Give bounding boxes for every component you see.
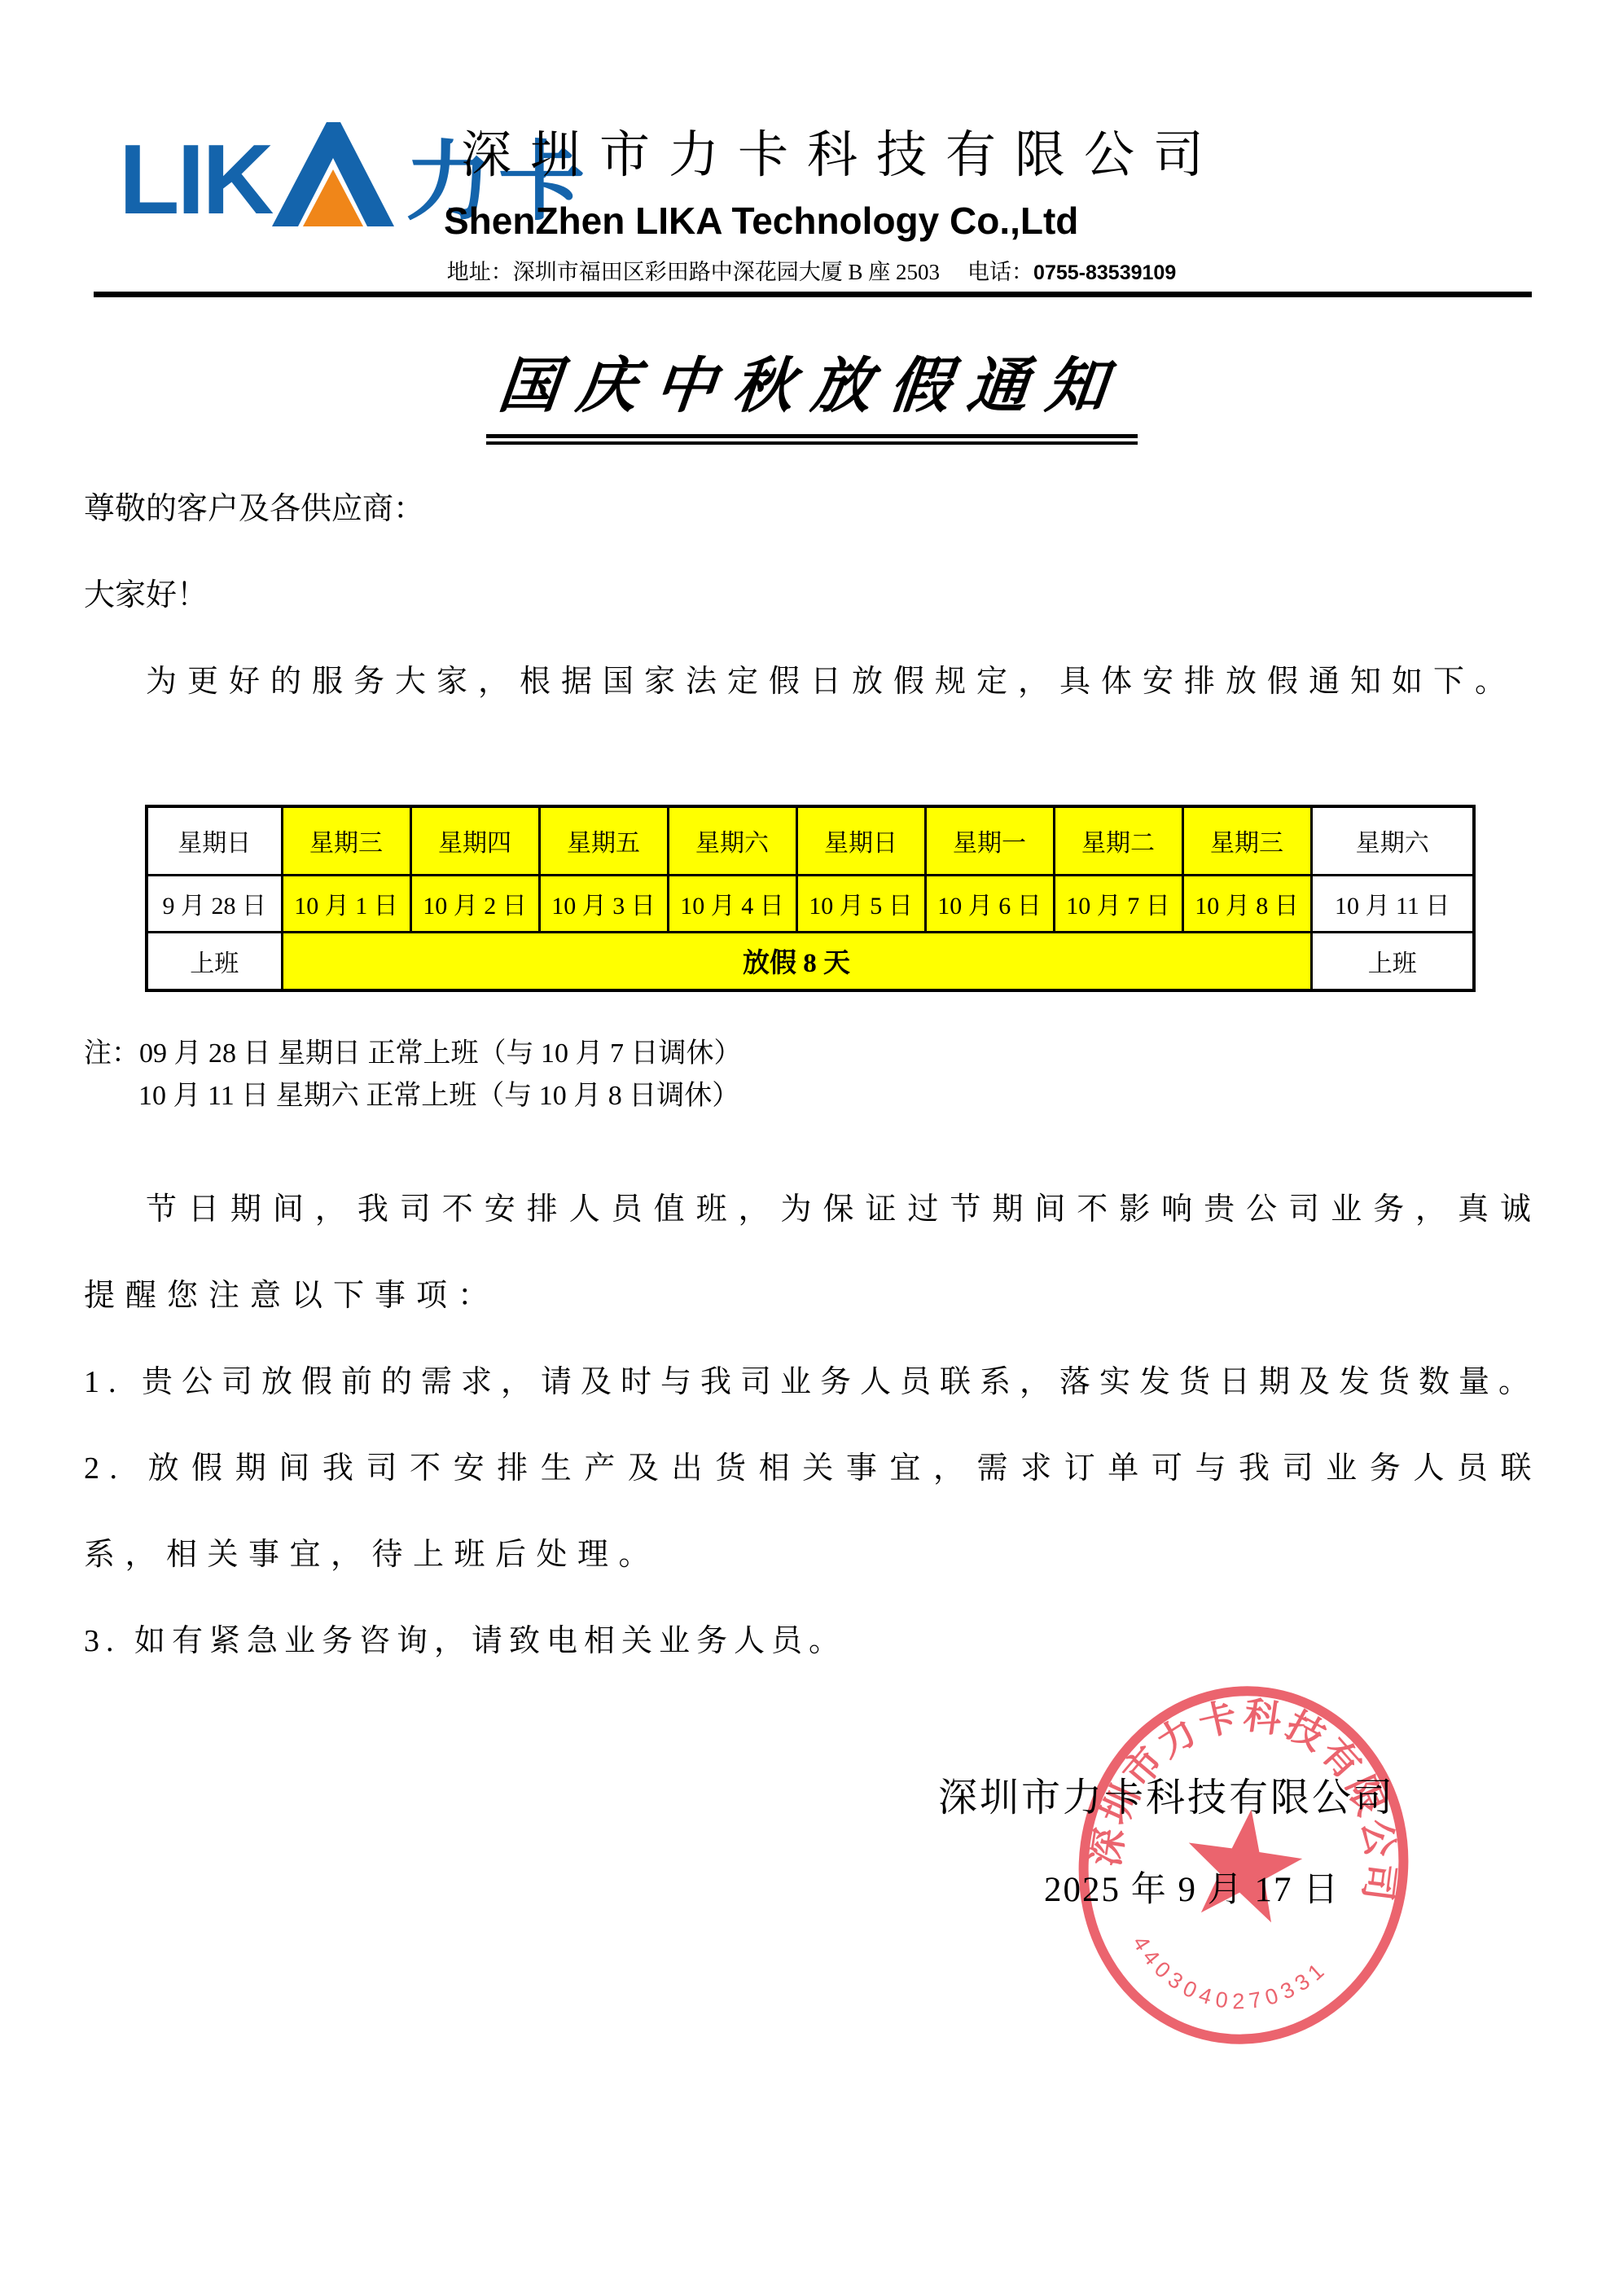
- date-cell: 10 月 11 日: [1311, 875, 1474, 932]
- table-row-weekdays: 星期日 星期三 星期四 星期五 星期六 星期日 星期一 星期二 星期三 星期六: [147, 806, 1474, 875]
- date-cell: 10 月 8 日: [1182, 875, 1311, 932]
- signature-company: 深圳市力卡科技有限公司: [938, 1766, 1395, 1822]
- page-title: 国庆中秋放假通知: [494, 338, 1129, 424]
- date-cell: 10 月 2 日: [410, 875, 539, 932]
- header-divider-rule: [94, 292, 1532, 297]
- greeting-line: 尊敬的客户及各供应商：: [84, 466, 1542, 552]
- phone-label: 电话：: [967, 260, 1033, 284]
- weekday-cell: 星期六: [668, 806, 796, 875]
- holiday-notice-document: LIK 力卡 深圳市力卡科技有限公司 ShenZhen LIKA Technol…: [0, 0, 1623, 2296]
- phone-number: 0755-83539109: [1033, 261, 1176, 284]
- date-cell: 10 月 6 日: [925, 875, 1054, 932]
- weekday-cell: 星期日: [147, 806, 282, 875]
- date-cell: 10 月 3 日: [539, 875, 668, 932]
- table-row-status: 上班 放假 8 天 上班: [147, 932, 1474, 990]
- address-label: 地址：: [447, 260, 513, 284]
- notice-paragraph: 节日期间，我司不安排人员值班，为保证过节期间不影响贵公司业务，真诚提醒您注意以下…: [84, 1166, 1542, 1339]
- notice-paragraphs: 节日期间，我司不安排人员值班，为保证过节期间不影响贵公司业务，真诚提醒您注意以下…: [84, 1166, 1542, 1684]
- title-wrap: 国庆中秋放假通知: [0, 338, 1623, 438]
- opening-paragraphs: 尊敬的客户及各供应商： 大家好！ 为更好的服务大家，根据国家法定假日放假规定，具…: [84, 466, 1542, 725]
- date-cell: 9 月 28 日: [147, 875, 282, 932]
- note-line: 10 月 11 日 星期六 正常上班（与 10 月 8 日调休）: [84, 1075, 742, 1117]
- weekday-cell: 星期二: [1054, 806, 1182, 875]
- notice-item-1: 1. 贵公司放假前的需求，请及时与我司业务人员联系，落实发货日期及发货数量。: [84, 1339, 1542, 1425]
- signature-date: 2025 年 9 月 17 日: [1044, 1862, 1340, 1912]
- note-line: 注：09 月 28 日 星期日 正常上班（与 10 月 7 日调休）: [84, 1033, 742, 1075]
- date-cell: 10 月 7 日: [1054, 875, 1182, 932]
- status-cell-work: 上班: [1311, 932, 1474, 990]
- notice-item-2: 2. 放假期间我司不安排生产及出货相关事宜，需求订单可与我司业务人员联系，相关事…: [84, 1425, 1542, 1598]
- hello-line: 大家好！: [84, 552, 1542, 639]
- holiday-schedule-table: 星期日 星期三 星期四 星期五 星期六 星期日 星期一 星期二 星期三 星期六 …: [145, 805, 1476, 992]
- status-cell-holiday: 放假 8 天: [282, 932, 1311, 990]
- weekday-cell: 星期日: [796, 806, 925, 875]
- company-name-en: ShenZhen LIKA Technology Co.,Ltd: [444, 199, 1078, 243]
- schedule-notes: 注：09 月 28 日 星期日 正常上班（与 10 月 7 日调休） 10 月 …: [84, 1033, 742, 1117]
- address-value: 深圳市福田区彩田路中深花园大厦 B 座 2503: [513, 260, 940, 284]
- weekday-cell: 星期三: [1182, 806, 1311, 875]
- weekday-cell: 星期四: [410, 806, 539, 875]
- title-underline-box: 国庆中秋放假通知: [486, 338, 1138, 438]
- intro-line: 为更好的服务大家，根据国家法定假日放假规定，具体安排放假通知如下。: [84, 639, 1542, 725]
- weekday-cell: 星期六: [1311, 806, 1474, 875]
- header-address-line: 地址：深圳市福田区彩田路中深花园大厦 B 座 2503电话：0755-83539…: [0, 254, 1623, 286]
- weekday-cell: 星期五: [539, 806, 668, 875]
- company-name-cn: 深圳市力卡科技有限公司: [461, 114, 1222, 187]
- logo-lik-text: LIK: [119, 124, 273, 233]
- status-cell-work: 上班: [147, 932, 282, 990]
- date-cell: 10 月 4 日: [668, 875, 796, 932]
- date-cell: 10 月 1 日: [282, 875, 410, 932]
- weekday-cell: 星期一: [925, 806, 1054, 875]
- date-cell: 10 月 5 日: [796, 875, 925, 932]
- weekday-cell: 星期三: [282, 806, 410, 875]
- table-row-dates: 9 月 28 日 10 月 1 日 10 月 2 日 10 月 3 日 10 月…: [147, 875, 1474, 932]
